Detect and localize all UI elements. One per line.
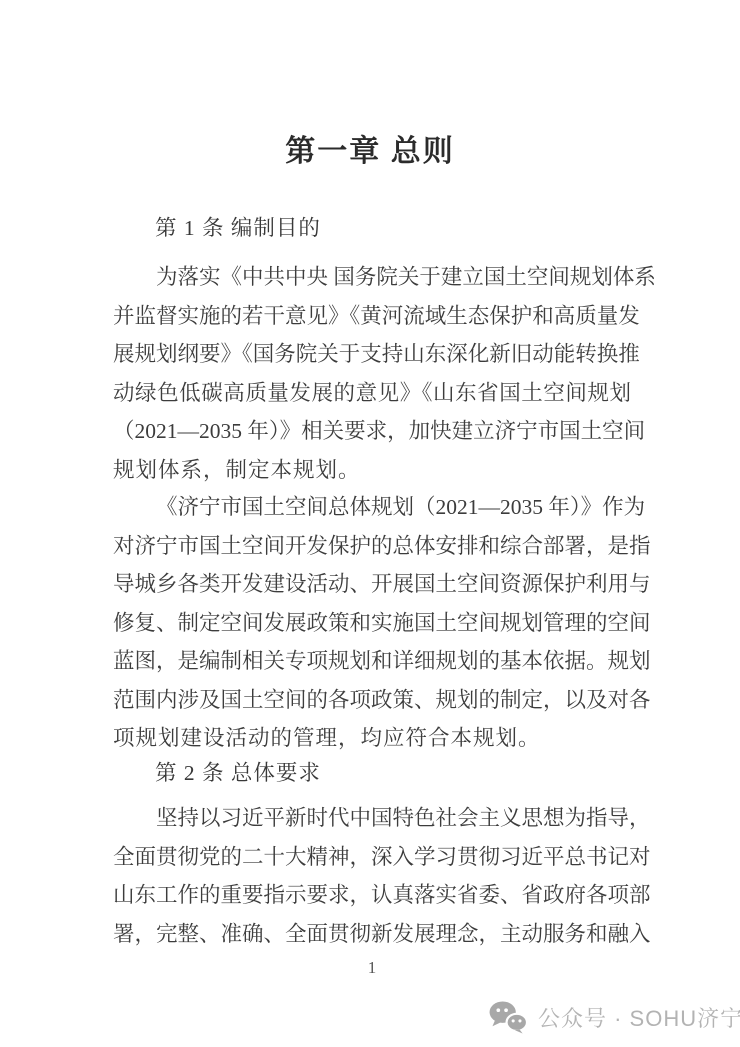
paragraph-3: 坚持以习近平新时代中国特色社会主义思想为指导， 全面贯彻党的二十大精神，深入学习… [113,799,631,953]
wechat-icon [488,1000,529,1034]
footer-watermark: 公众号 · SOHU济宁 [488,1000,740,1034]
paragraph-2: 《济宁市国土空间总体规划（2021—2035 年）》作为 对济宁市国土空间开发保… [113,488,631,758]
text-line: 修复、制定空间发展政策和实施国土空间规划管理的空间 [113,604,631,643]
document-page: 第一章 总则 第 1 条 编制目的 为落实《中共中央 国务院关于建立国土空间规划… [0,0,740,1047]
text-line: 为落实《中共中央 国务院关于建立国土空间规划体系 [113,258,631,297]
text-line: 范围内涉及国土空间的各项政策、规划的制定，以及对各 [113,681,631,720]
text-line: 蓝图，是编制相关专项规划和详细规划的基本依据。规划 [113,642,631,681]
text-line: 全面贯彻党的二十大精神，深入学习贯彻习近平总书记对 [113,838,631,877]
text-line: 动绿色低碳高质量发展的意见》《山东省国土空间规划 [113,374,631,413]
section-heading-article-2: 第 2 条 总体要求 [155,756,675,787]
page-number: 1 [113,958,631,978]
text-line: 项规划建设活动的管理，均应符合本规划。 [113,719,631,758]
text-line: 导城乡各类开发建设活动、开展国土空间资源保护利用与 [113,565,631,604]
paragraph-1: 为落实《中共中央 国务院关于建立国土空间规划体系 并监督实施的若干意见》《黄河流… [113,258,631,489]
text-line: 展规划纲要》《国务院关于支持山东深化新旧动能转换推 [113,335,631,374]
section-heading-article-1: 第 1 条 编制目的 [155,211,675,242]
text-line: 规划体系，制定本规划。 [113,451,631,490]
text-line: （2021—2035 年）》相关要求，加快建立济宁市国土空间 [113,412,631,451]
text-line: 坚持以习近平新时代中国特色社会主义思想为指导， [113,799,631,838]
text-line: 署，完整、准确、全面贯彻新发展理念，主动服务和融入 [113,915,631,954]
footer-label: 公众号 · SOHU济宁 [538,1002,740,1033]
text-line: 山东工作的重要指示要求，认真落实省委、省政府各项部 [113,876,631,915]
chapter-title: 第一章 总则 [0,126,740,170]
text-line: 对济宁市国土空间开发保护的总体安排和综合部署，是指 [113,527,631,566]
text-line: 《济宁市国土空间总体规划（2021—2035 年）》作为 [113,488,631,527]
text-line: 并监督实施的若干意见》《黄河流域生态保护和高质量发 [113,297,631,336]
